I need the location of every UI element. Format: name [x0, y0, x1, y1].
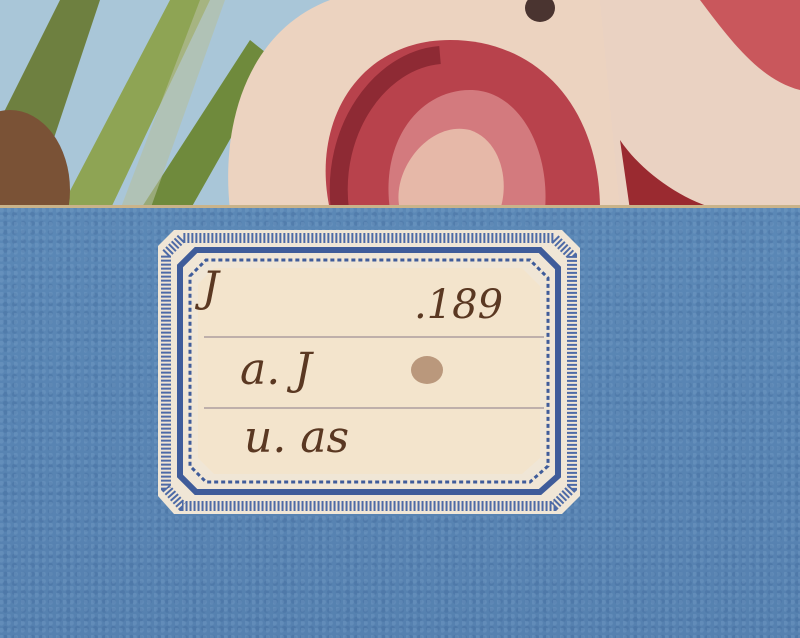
label-initial: J: [202, 262, 219, 311]
flower-painting: [0, 0, 800, 210]
label-line-2: a. J: [240, 344, 312, 395]
label-line-3: u. as: [244, 412, 349, 463]
paper-label: J .189 a. J u. as: [152, 226, 584, 518]
painting-strokes-icon: [0, 0, 800, 210]
label-number: .189: [414, 282, 503, 328]
